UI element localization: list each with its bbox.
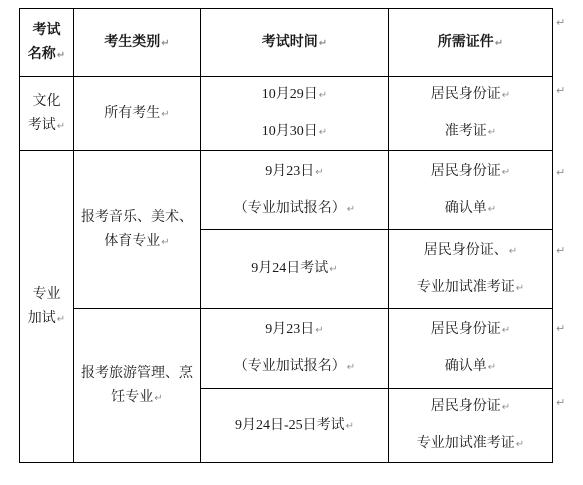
header-text-line: 考试时间 bbox=[262, 35, 318, 50]
exam-schedule-table: 考试 名称↵ 考生类别↵ 考试时间↵ 所需证件↵ 文化 考试↵ 所有考生↵ bbox=[19, 8, 553, 463]
pilcrow-icon: ↵ bbox=[319, 90, 327, 101]
cell-text-line: 居民身份证 bbox=[431, 322, 501, 337]
pilcrow-icon: ↵ bbox=[502, 167, 510, 178]
cell-text-line: 专业加试准考证 bbox=[417, 436, 515, 451]
cell-text-line: （专业加试报名） bbox=[234, 359, 346, 374]
pilcrow-icon: ↵ bbox=[161, 237, 169, 248]
cell-tourism-cooking-category: 报考旅游管理、烹 饪专业↵ bbox=[74, 309, 201, 463]
pilcrow-icon: ↵ bbox=[488, 127, 496, 138]
pilcrow-icon: ↵ bbox=[488, 204, 496, 215]
row-end-pilcrow-icon: ↵ bbox=[556, 396, 565, 409]
cell-tourism-documents-exam: 居民身份证↵ 专业加试准考证↵ bbox=[389, 389, 553, 463]
cell-music-art-pe-category: 报考音乐、美术、 体育专业↵ bbox=[74, 151, 201, 309]
cell-text-line: 所有考生 bbox=[104, 106, 160, 121]
table-row-culture: 文化 考试↵ 所有考生↵ 10月29日↵ 10月30日↵ 居民身份证↵ 准考证↵ bbox=[20, 77, 553, 151]
table-row-music-register: 专业 加试↵ 报考音乐、美术、 体育专业↵ 9月23日↵ （专业加试报名）↵ 居… bbox=[20, 151, 553, 230]
cell-text-line: 居民身份证 bbox=[431, 399, 501, 414]
pilcrow-icon: ↵ bbox=[502, 402, 510, 413]
cell-text-line: 居民身份证、 bbox=[424, 243, 508, 258]
cell-text-line: 专业 bbox=[33, 287, 61, 302]
document-page: 考试 名称↵ 考生类别↵ 考试时间↵ 所需证件↵ 文化 考试↵ 所有考生↵ bbox=[0, 0, 583, 485]
cell-music-documents-register: 居民身份证↵ 确认单↵ bbox=[389, 151, 553, 230]
header-text-line: 名称 bbox=[28, 47, 56, 62]
cell-culture-documents: 居民身份证↵ 准考证↵ bbox=[389, 77, 553, 151]
cell-text-line: 居民身份证 bbox=[431, 164, 501, 179]
cell-text-line: 专业加试准考证 bbox=[417, 280, 515, 295]
header-text-line: 考生类别 bbox=[104, 35, 160, 50]
pilcrow-icon: ↵ bbox=[57, 121, 65, 132]
cell-text-line: 体育专业 bbox=[104, 234, 160, 249]
pilcrow-icon: ↵ bbox=[329, 264, 337, 275]
pilcrow-icon: ↵ bbox=[161, 38, 169, 49]
pilcrow-icon: ↵ bbox=[488, 362, 496, 373]
pilcrow-icon: ↵ bbox=[319, 127, 327, 138]
cell-text-line: 10月30日 bbox=[262, 124, 318, 139]
pilcrow-icon: ↵ bbox=[315, 325, 323, 336]
pilcrow-icon: ↵ bbox=[347, 362, 355, 373]
row-end-pilcrow-icon: ↵ bbox=[556, 322, 565, 335]
cell-text-line: 9月24日-25日考试 bbox=[235, 418, 345, 433]
pilcrow-icon: ↵ bbox=[516, 439, 524, 450]
pilcrow-icon: ↵ bbox=[347, 204, 355, 215]
pilcrow-icon: ↵ bbox=[346, 421, 354, 432]
cell-text-line: 居民身份证 bbox=[431, 87, 501, 102]
pilcrow-icon: ↵ bbox=[319, 38, 327, 49]
cell-text-line: 饪专业 bbox=[111, 390, 153, 405]
cell-text-line: 准考证 bbox=[445, 124, 487, 139]
row-end-pilcrow-icon: ↵ bbox=[556, 244, 565, 257]
cell-tourism-documents-register: 居民身份证↵ 确认单↵ bbox=[389, 309, 553, 389]
cell-text-line: 10月29日 bbox=[262, 87, 318, 102]
cell-culture-time: 10月29日↵ 10月30日↵ bbox=[201, 77, 389, 151]
pilcrow-icon: ↵ bbox=[516, 283, 524, 294]
pilcrow-icon: ↵ bbox=[154, 393, 162, 404]
cell-text-line: 确认单 bbox=[445, 359, 487, 374]
cell-text-line: 报考音乐、美术、 bbox=[81, 210, 193, 225]
cell-tourism-time-exam: 9月24日-25日考试↵ bbox=[201, 389, 389, 463]
pilcrow-icon: ↵ bbox=[502, 325, 510, 336]
cell-professional-exam-name: 专业 加试↵ bbox=[20, 151, 74, 463]
cell-music-time-exam: 9月24日考试↵ bbox=[201, 230, 389, 309]
cell-music-time-register: 9月23日↵ （专业加试报名）↵ bbox=[201, 151, 389, 230]
header-text-line: 所需证件 bbox=[438, 35, 494, 50]
cell-text-line: 确认单 bbox=[445, 201, 487, 216]
pilcrow-icon: ↵ bbox=[57, 50, 65, 61]
cell-text-line: 文化 bbox=[33, 94, 61, 109]
cell-text-line: 考试 bbox=[28, 118, 56, 133]
cell-text-line: 9月23日 bbox=[265, 164, 314, 179]
pilcrow-icon: ↵ bbox=[495, 38, 503, 49]
cell-music-documents-exam: 居民身份证、↵ 专业加试准考证↵ bbox=[389, 230, 553, 309]
table-row-tourism-register: 报考旅游管理、烹 饪专业↵ 9月23日↵ （专业加试报名）↵ 居民身份证↵ 确认… bbox=[20, 309, 553, 389]
cell-text-line: 9月23日 bbox=[265, 322, 314, 337]
header-cell-required-documents: 所需证件↵ bbox=[389, 9, 553, 77]
cell-text-line: 加试 bbox=[28, 311, 56, 326]
cell-text-line: 报考旅游管理、烹 bbox=[81, 366, 193, 381]
pilcrow-icon: ↵ bbox=[502, 90, 510, 101]
header-cell-candidate-category: 考生类别↵ bbox=[74, 9, 201, 77]
row-end-pilcrow-icon: ↵ bbox=[556, 84, 565, 97]
pilcrow-icon: ↵ bbox=[161, 109, 169, 120]
header-text-line: 考试 bbox=[33, 23, 61, 38]
cell-text-line: （专业加试报名） bbox=[234, 201, 346, 216]
table-header-row: 考试 名称↵ 考生类别↵ 考试时间↵ 所需证件↵ bbox=[20, 9, 553, 77]
row-end-pilcrow-icon: ↵ bbox=[556, 166, 565, 179]
pilcrow-icon: ↵ bbox=[315, 167, 323, 178]
cell-culture-exam-name: 文化 考试↵ bbox=[20, 77, 74, 151]
header-cell-exam-name: 考试 名称↵ bbox=[20, 9, 74, 77]
cell-culture-category: 所有考生↵ bbox=[74, 77, 201, 151]
pilcrow-icon: ↵ bbox=[509, 246, 517, 257]
cell-text-line: 9月24日考试 bbox=[251, 261, 328, 276]
cell-tourism-time-register: 9月23日↵ （专业加试报名）↵ bbox=[201, 309, 389, 389]
row-end-pilcrow-icon: ↵ bbox=[556, 16, 565, 29]
header-cell-exam-time: 考试时间↵ bbox=[201, 9, 389, 77]
pilcrow-icon: ↵ bbox=[57, 314, 65, 325]
